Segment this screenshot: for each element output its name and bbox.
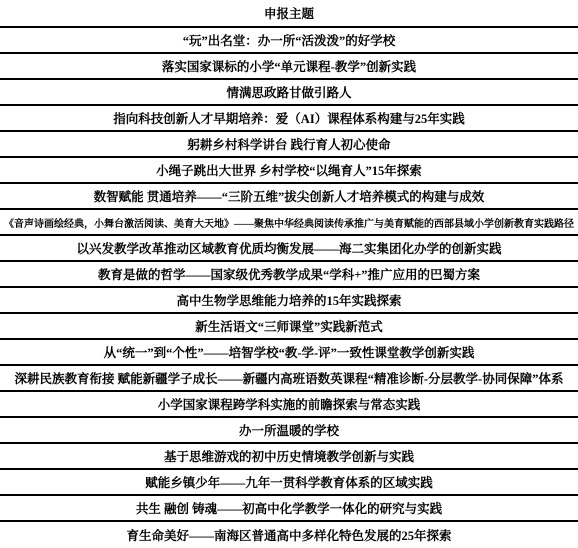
table-row: 赋能乡镇少年——九年一贯科学教育体系的区域实践 xyxy=(0,470,578,496)
topic-text: 小绳子跳出大世界 乡村学校“以绳育人”15年探索 xyxy=(156,161,422,179)
table-row: 以兴发教学改革推动区域教育优质均衡发展——海二实集团化办学的创新实践 xyxy=(0,236,578,262)
table-row: 办一所温暖的学校 xyxy=(0,418,578,444)
table-row: “玩”出名堂：办一所“活泼泼”的好学校 xyxy=(0,28,578,54)
table-row: 小绳子跳出大世界 乡村学校“以绳育人”15年探索 xyxy=(0,158,578,184)
table-row: 教育是做的哲学——国家级优秀教学成果“学科+”推广应用的巴蜀方案 xyxy=(0,262,578,288)
topic-text: 办一所温暖的学校 xyxy=(239,421,339,439)
table-row: 共生 融创 铸魂——初高中化学教学一体化的研究与实践 xyxy=(0,496,578,522)
table-row: 躬耕乡村科学讲台 践行育人初心使命 xyxy=(0,132,578,158)
topic-text: 基于思维游戏的初中历史情境教学创新与实践 xyxy=(164,447,414,465)
topic-text: “玩”出名堂：办一所“活泼泼”的好学校 xyxy=(183,31,396,49)
topic-text: 躬耕乡村科学讲台 践行育人初心使命 xyxy=(187,135,390,153)
topic-text: 深耕民族教育衔接 赋能新疆学子成长——新疆内高班语数英课程“精准诊断-分层教学-… xyxy=(15,369,564,387)
table-row: 《音声诗画绘经典，小舞台激活阅读、美育大天地》——聚焦中华经典阅读传承推广与美育… xyxy=(0,210,578,236)
topic-text: 新生活语文“三师课堂”实践新范式 xyxy=(195,317,383,335)
table-row: 落实国家课标的小学“单元课程-教学”创新实践 xyxy=(0,54,578,80)
topic-text: 小学国家课程跨学科实施的前瞻探索与常态实践 xyxy=(158,395,421,413)
table-row: 新生活语文“三师课堂”实践新范式 xyxy=(0,314,578,340)
table-row: 高中生物学思维能力培养的15年实践探索 xyxy=(0,288,578,314)
topic-text: 赋能乡镇少年——九年一贯科学教育体系的区域实践 xyxy=(145,473,433,491)
topic-text: 共生 融创 铸魂——初高中化学教学一体化的研究与实践 xyxy=(136,499,442,517)
application-topics-table: 申报主题 “玩”出名堂：办一所“活泼泼”的好学校 落实国家课标的小学“单元课程-… xyxy=(0,0,578,548)
topic-text: 落实国家课标的小学“单元课程-教学”创新实践 xyxy=(162,57,416,75)
table-row: 育生命美好——南海区普通高中多样化特色发展的25年探索 xyxy=(0,522,578,548)
table-row: 情满思政路甘做引路人 xyxy=(0,80,578,106)
table-header-row: 申报主题 xyxy=(0,0,578,28)
table-row: 数智赋能 贯通培养——“三阶五维”拔尖创新人才培养模式的构建与成效 xyxy=(0,184,578,210)
topic-text: 高中生物学思维能力培养的15年实践探索 xyxy=(176,291,401,309)
table-row: 基于思维游戏的初中历史情境教学创新与实践 xyxy=(0,444,578,470)
table-body: “玩”出名堂：办一所“活泼泼”的好学校 落实国家课标的小学“单元课程-教学”创新… xyxy=(0,28,578,548)
topic-text: 以兴发教学改革推动区域教育优质均衡发展——海二实集团化办学的创新实践 xyxy=(76,239,501,257)
table-row: 从“统一”到“个性”——培智学校“教-学-评”一致性课堂教学创新实践 xyxy=(0,340,578,366)
topic-text: 指向科技创新人才早期培养：爱（AI）课程体系构建与25年实践 xyxy=(113,109,464,127)
topic-text: 《音声诗画绘经典，小舞台激活阅读、美育大天地》——聚焦中华经典阅读传承推广与美育… xyxy=(4,215,574,230)
topic-text: 数智赋能 贯通培养——“三阶五维”拔尖创新人才培养模式的构建与成效 xyxy=(94,187,485,205)
table-header-label: 申报主题 xyxy=(264,4,314,22)
topic-text: 育生命美好——南海区普通高中多样化特色发展的25年探索 xyxy=(126,526,451,544)
table-row: 指向科技创新人才早期培养：爱（AI）课程体系构建与25年实践 xyxy=(0,106,578,132)
topic-text: 情满思政路甘做引路人 xyxy=(226,83,351,101)
topic-text: 教育是做的哲学——国家级优秀教学成果“学科+”推广应用的巴蜀方案 xyxy=(98,265,480,283)
table-row: 小学国家课程跨学科实施的前瞻探索与常态实践 xyxy=(0,392,578,418)
topic-text: 从“统一”到“个性”——培智学校“教-学-评”一致性课堂教学创新实践 xyxy=(104,343,475,361)
table-row: 深耕民族教育衔接 赋能新疆学子成长——新疆内高班语数英课程“精准诊断-分层教学-… xyxy=(0,366,578,392)
